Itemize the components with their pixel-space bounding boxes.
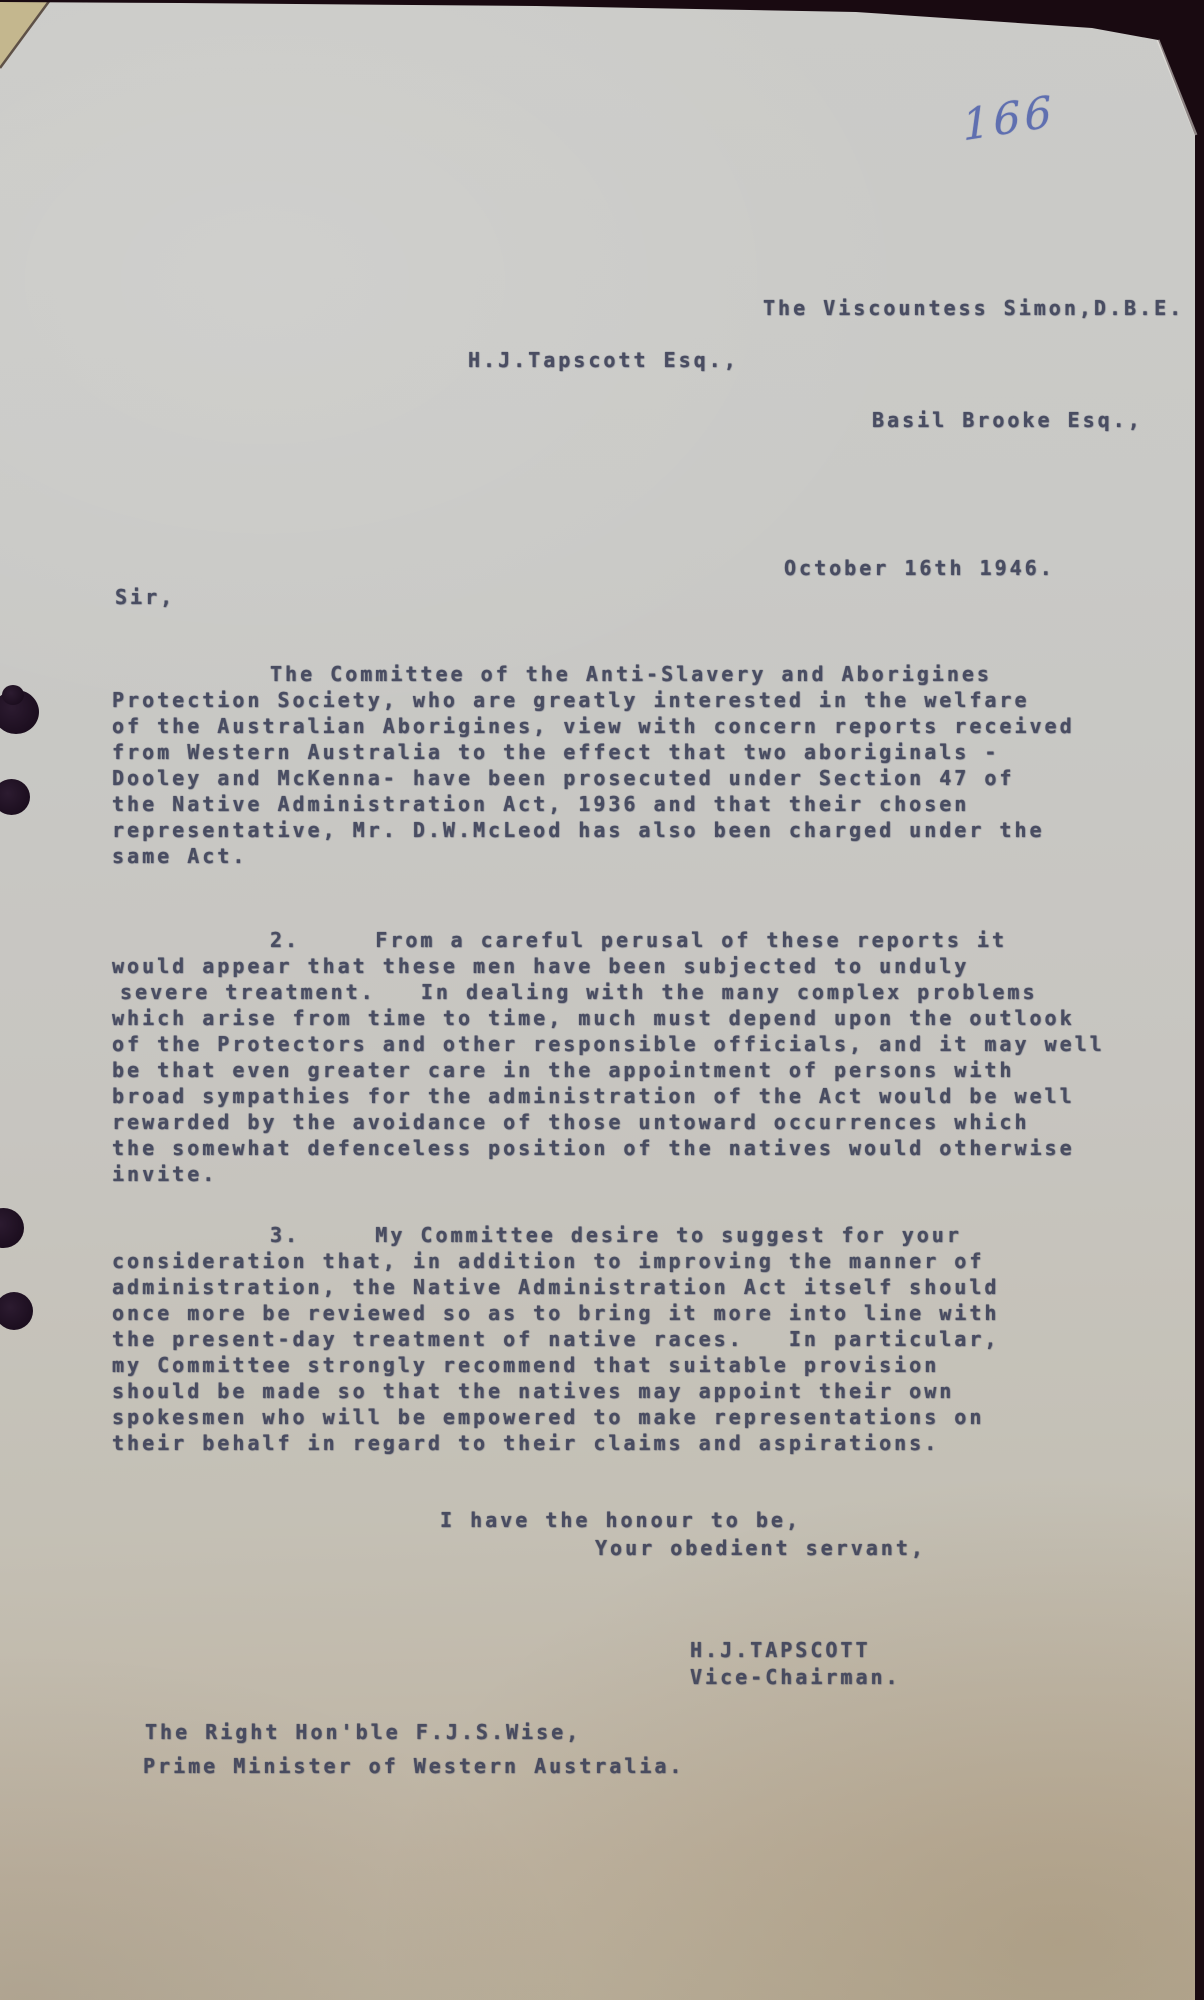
backdrop-top-edge (0, 0, 1204, 138)
scan-edge-overlay (0, 0, 1204, 2000)
scanned-letter-page: 166 The Viscountess Simon,D.B.E. H.J.Tap… (0, 0, 1204, 2000)
backdrop-right-edge (1195, 0, 1204, 2000)
